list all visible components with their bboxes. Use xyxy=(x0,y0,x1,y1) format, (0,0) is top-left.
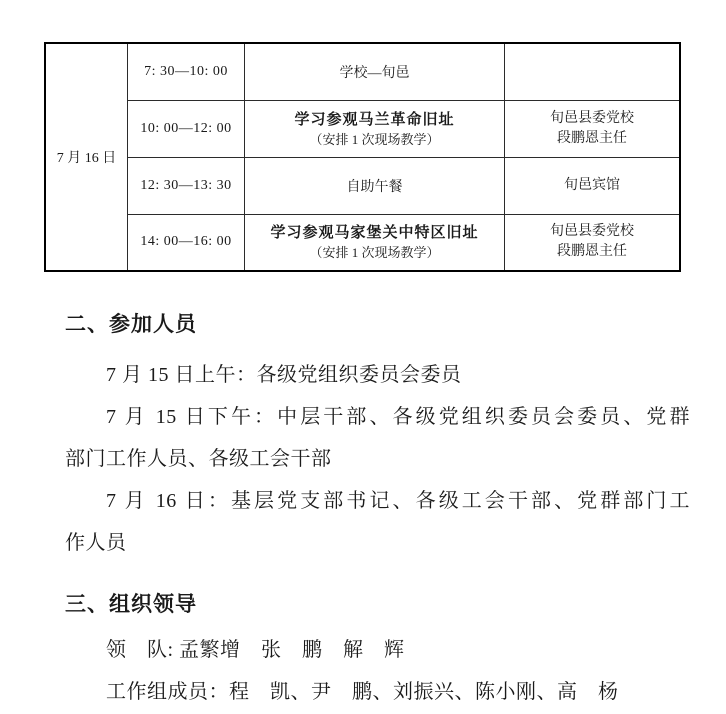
body-line: 部门工作人员、各级工会干部 xyxy=(65,438,690,480)
location-line: 旬邑县委党校 xyxy=(505,222,679,242)
activity-cell: 学习参观马家堡关中特区旧址 （安排 1 次现场教学） xyxy=(245,214,505,271)
location-line: 旬邑县委党校 xyxy=(505,109,679,129)
section-heading-leadership: 三、组织领导 xyxy=(65,591,197,619)
time-cell: 14: 00—16: 00 xyxy=(128,214,245,271)
table-row: 7 月 16 日 7: 30—10: 00 学校—旬邑 xyxy=(45,43,680,100)
body-line: 7 月 16 日：基层党支部书记、各级工会干部、党群部门工 xyxy=(65,480,690,522)
activity-cell: 学校—旬邑 xyxy=(245,43,505,100)
table-row: 10: 00—12: 00 学习参观马兰革命旧址 （安排 1 次现场教学） 旬邑… xyxy=(45,100,680,157)
table-row: 12: 30—13: 30 自助午餐 旬邑宾馆 xyxy=(45,157,680,214)
participants-paragraphs: 7 月 15 日上午：各级党组织委员会委员 7 月 15 日下午：中层干部、各级… xyxy=(65,354,690,564)
location-cell: 旬邑县委党校 段鹏恩主任 xyxy=(505,100,681,157)
time-cell: 12: 30—13: 30 xyxy=(128,157,245,214)
location-line: 段鹏恩主任 xyxy=(505,129,679,149)
activity-title: 学习参观马家堡关中特区旧址 xyxy=(245,222,504,243)
leadership-paragraphs: 领 队: 孟繁增 张 鹏 解 辉 工作组成员：程 凯、尹 鹏、刘振兴、陈小刚、高… xyxy=(65,629,690,713)
body-line: 领 队: 孟繁增 张 鹏 解 辉 xyxy=(65,629,690,671)
document-page: 7 月 16 日 7: 30—10: 00 学校—旬邑 10: 00—12: 0… xyxy=(0,0,726,714)
body-line: 工作组成员：程 凯、尹 鹏、刘振兴、陈小刚、高 杨 xyxy=(65,671,690,713)
date-cell: 7 月 16 日 xyxy=(45,43,128,271)
activity-note: （安排 1 次现场教学） xyxy=(245,243,504,262)
section-heading-participants: 二、参加人员 xyxy=(65,311,197,339)
activity-note: （安排 1 次现场教学） xyxy=(245,130,504,149)
body-line: 7 月 15 日上午：各级党组织委员会委员 xyxy=(65,354,690,396)
schedule-table-wrap: 7 月 16 日 7: 30—10: 00 学校—旬邑 10: 00—12: 0… xyxy=(44,42,681,272)
location-cell xyxy=(505,43,681,100)
location-cell: 旬邑县委党校 段鹏恩主任 xyxy=(505,214,681,271)
schedule-table: 7 月 16 日 7: 30—10: 00 学校—旬邑 10: 00—12: 0… xyxy=(44,42,681,272)
activity-cell: 学习参观马兰革命旧址 （安排 1 次现场教学） xyxy=(245,100,505,157)
location-line: 段鹏恩主任 xyxy=(505,242,679,262)
time-cell: 10: 00—12: 00 xyxy=(128,100,245,157)
activity-title: 学习参观马兰革命旧址 xyxy=(245,109,504,130)
location-cell: 旬邑宾馆 xyxy=(505,157,681,214)
table-row: 14: 00—16: 00 学习参观马家堡关中特区旧址 （安排 1 次现场教学）… xyxy=(45,214,680,271)
time-cell: 7: 30—10: 00 xyxy=(128,43,245,100)
activity-cell: 自助午餐 xyxy=(245,157,505,214)
body-line: 7 月 15 日下午：中层干部、各级党组织委员会委员、党群 xyxy=(65,396,690,438)
body-line: 作人员 xyxy=(65,522,690,564)
